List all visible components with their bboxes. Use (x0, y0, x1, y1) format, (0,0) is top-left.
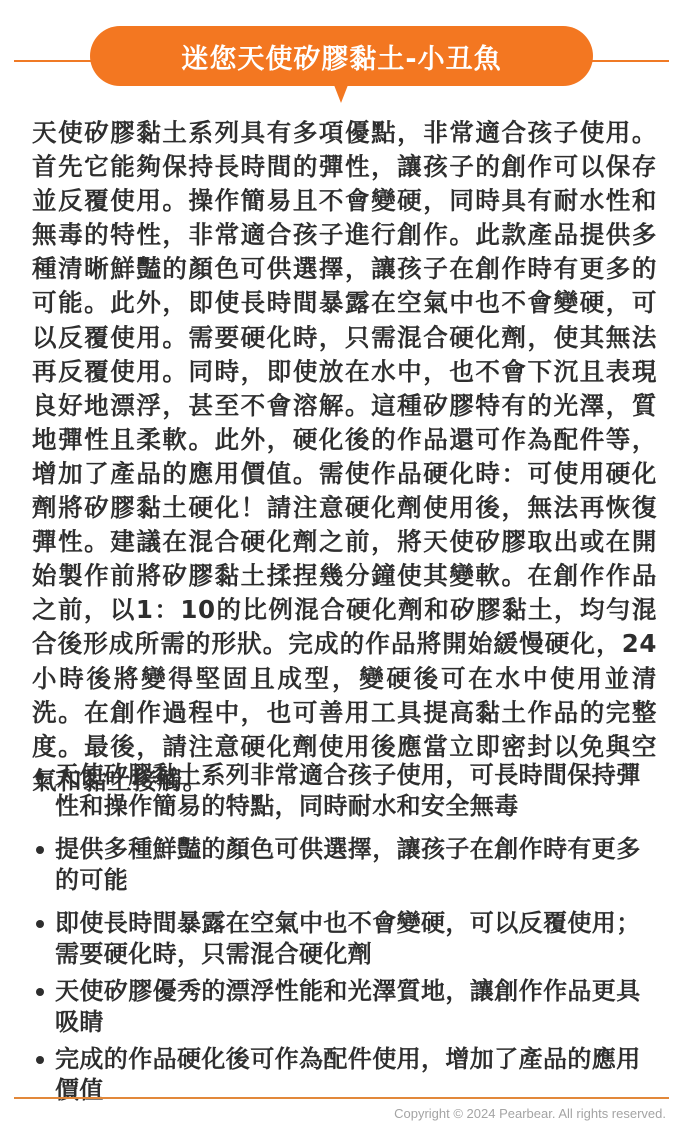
bullet-icon (36, 846, 44, 854)
feature-list: 天使矽膠黏土系列非常適合孩子使用，可長時間保持彈性和操作簡易的特點，同時耐水和安… (32, 760, 657, 1118)
bullet-icon (36, 920, 44, 928)
feature-text: 天使矽膠黏土系列非常適合孩子使用，可長時間保持彈性和操作簡易的特點，同時耐水和安… (55, 761, 641, 820)
list-item: 天使矽膠優秀的漂浮性能和光澤質地，讓創作作品更具吸睛 (32, 976, 657, 1038)
feature-text: 即使長時間暴露在空氣中也不會變硬，可以反覆使用；需要硬化時，只需混合硬化劑 (55, 909, 641, 968)
copyright-text: Copyright © 2024 Pearbear. All rights re… (394, 1106, 666, 1121)
list-item: 天使矽膠黏土系列非常適合孩子使用，可長時間保持彈性和操作簡易的特點，同時耐水和安… (32, 760, 657, 822)
feature-text: 提供多種鮮豔的顏色可供選擇，讓孩子在創作時有更多的可能 (55, 835, 641, 894)
bullet-icon (36, 772, 44, 780)
list-item: 即使長時間暴露在空氣中也不會變硬，可以反覆使用；需要硬化時，只需混合硬化劑 (32, 908, 657, 970)
banner-pointer (334, 85, 348, 103)
title-banner: 迷您天使矽膠黏土-小丑魚 (90, 26, 593, 86)
list-item: 提供多種鮮豔的顏色可供選擇，讓孩子在創作時有更多的可能 (32, 834, 657, 896)
bullet-icon (36, 1056, 44, 1064)
bullet-icon (36, 988, 44, 996)
feature-text: 天使矽膠優秀的漂浮性能和光澤質地，讓創作作品更具吸睛 (55, 977, 641, 1036)
product-description: 天使矽膠黏土系列具有多項優點，非常適合孩子使用。首先它能夠保持長時間的彈性，讓孩… (32, 116, 657, 798)
page-title: 迷您天使矽膠黏土-小丑魚 (181, 37, 501, 76)
feature-text: 完成的作品硬化後可作為配件使用，增加了產品的應用價值 (55, 1045, 641, 1104)
footer-divider-line (14, 1097, 669, 1099)
